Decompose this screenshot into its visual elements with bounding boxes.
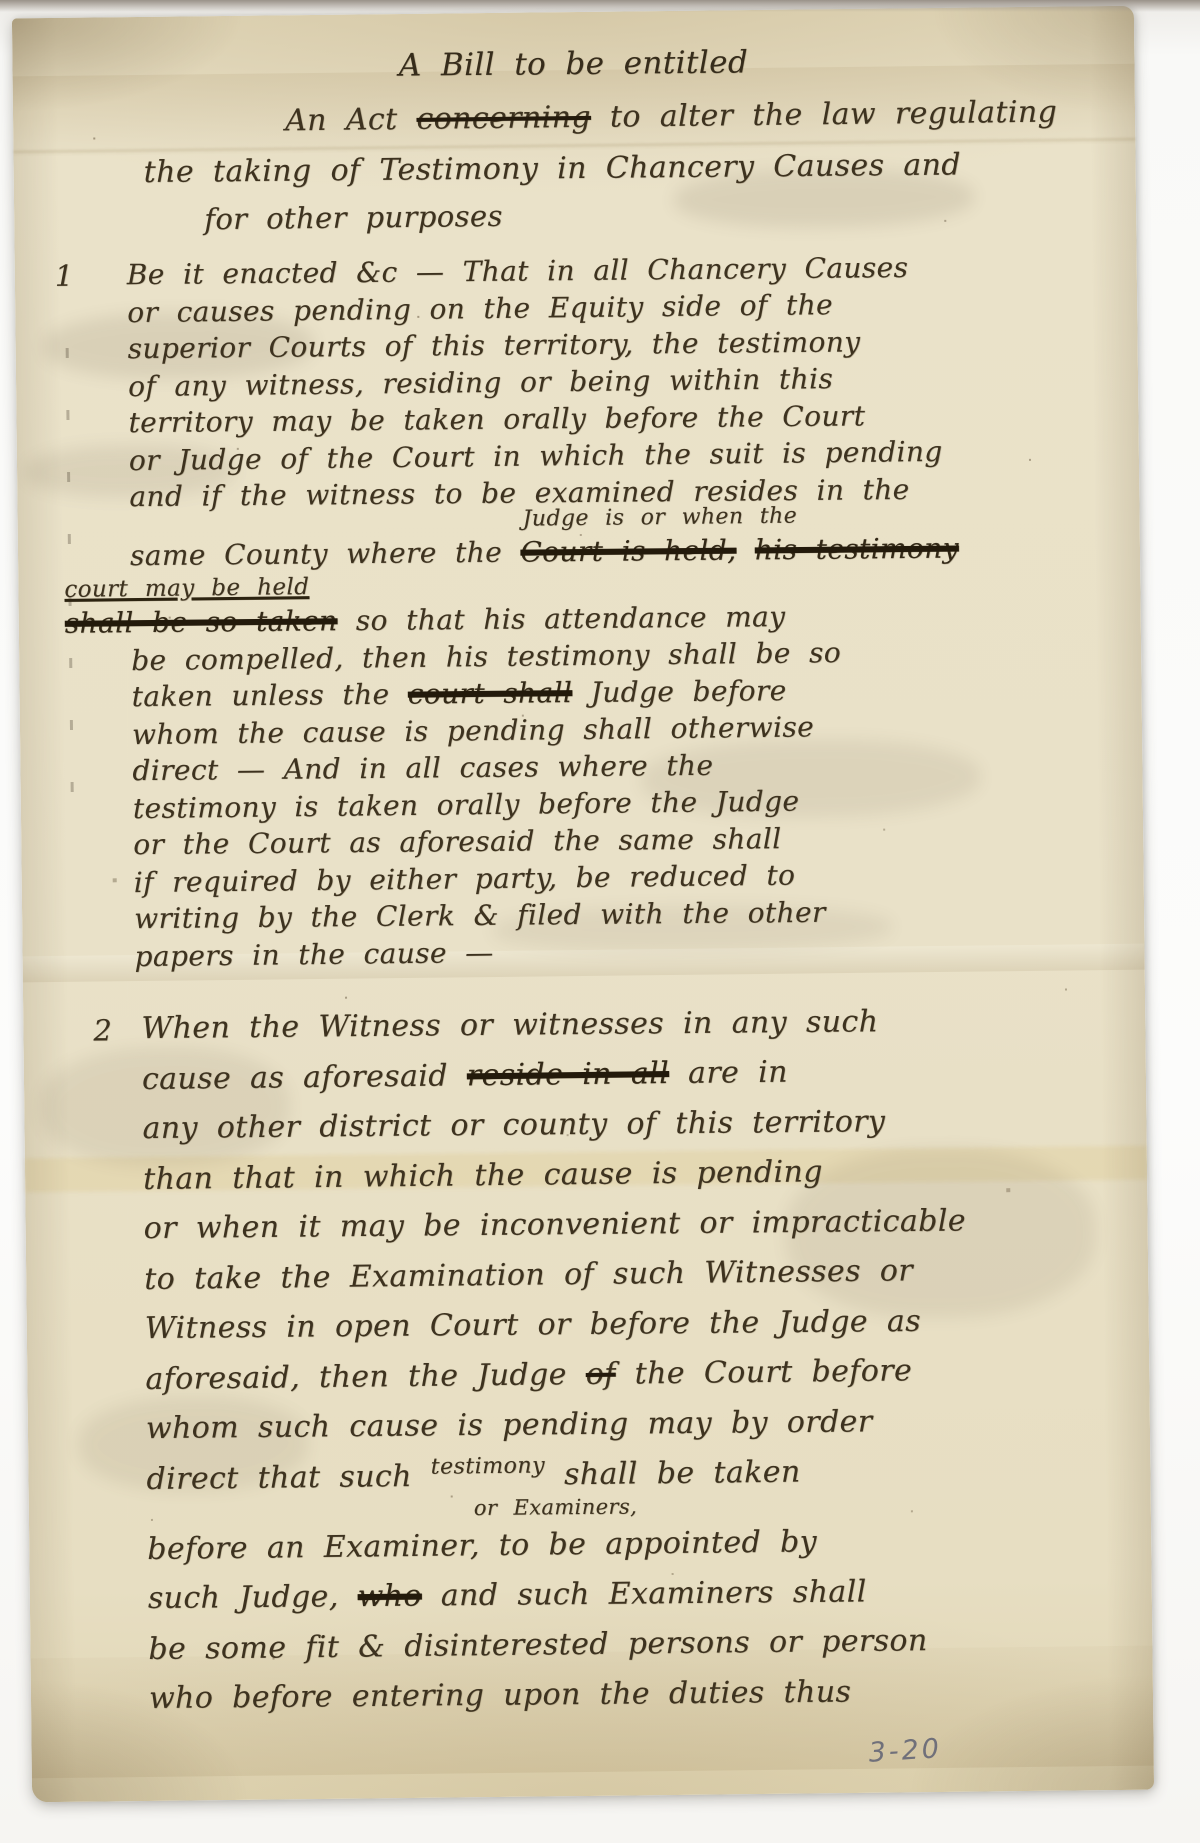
page-number-annotation: 3-20 (867, 1733, 942, 1769)
handwritten-text: When the Witness or witnesses in any suc… (141, 1004, 878, 1046)
bill-body: 1Be it enacted &c — That in all Chancery… (15, 246, 1154, 1727)
struck-out-text: Court is held, (520, 534, 736, 569)
handwritten-text (736, 533, 755, 566)
handwritten-text: superior Courts of this territory, the t… (128, 325, 861, 365)
struck-out-text: his testimony (755, 532, 959, 567)
handwritten-text: than that in which the cause is pending (143, 1154, 823, 1197)
handwritten-text: Be it enacted &c — That in all Chancery … (127, 251, 909, 291)
handwritten-text: the Court before (616, 1353, 913, 1391)
handwritten-text: and such Examiners shall (422, 1574, 867, 1613)
handwritten-text: for other purposes (204, 199, 503, 236)
handwritten-text: or the Court as aforesaid the same shall (133, 822, 782, 861)
struck-out-text: of (586, 1357, 616, 1392)
handwritten-text: if required by either party, be reduced … (134, 859, 796, 900)
bill-section-1: 1Be it enacted &c — That in all Chancery… (15, 246, 1145, 977)
handwritten-text: to alter the law regulating (591, 95, 1058, 135)
section-number: 2 (93, 1005, 112, 1055)
handwritten-text: any other district or county of this ter… (142, 1104, 885, 1146)
handwritten-text: to take the Examination of such Witnesse… (144, 1253, 913, 1297)
struck-out-text: shall be so taken (65, 604, 338, 640)
handwritten-text: taken unless the (131, 678, 407, 714)
bill-heading: A Bill to be entitledAn Act concerning t… (12, 6, 1136, 245)
handwritten-text: Judge before (572, 674, 787, 709)
handwritten-text: before an Examiner, to be appointed by (147, 1524, 817, 1567)
bill-section-2: 2When the Witness or witnesses in any su… (23, 994, 1153, 1727)
handwritten-text: Witness in open Court or before the Judg… (145, 1304, 922, 1346)
handwritten-text: be compelled, then his testimony shall b… (131, 636, 841, 677)
inserted-word: testimony (431, 1452, 546, 1479)
handwritten-text: are in (669, 1055, 788, 1091)
handwritten-text: aforesaid, then the Judge (145, 1357, 586, 1397)
handwritten-text: so that his attendance may (337, 600, 785, 637)
handwritten-text: of any witness, residing or being within… (128, 362, 833, 403)
struck-out-text: concerning (416, 100, 591, 137)
handwritten-text: same County where the (130, 536, 521, 573)
section-number: 1 (55, 258, 74, 295)
handwritten-text-layer: A Bill to be entitledAn Act concerning t… (12, 6, 1153, 1727)
handwritten-text: or when it may be inconvenient or imprac… (143, 1203, 966, 1246)
handwritten-text: whom such cause is pending may by order (146, 1404, 873, 1446)
handwritten-text: who before entering upon the duties thus (149, 1675, 852, 1716)
handwritten-text: territory may be taken orally before the… (128, 399, 865, 439)
handwritten-text: or causes pending on the Equity side of … (127, 288, 833, 329)
handwritten-text: the taking of Testimony in Chancery Caus… (144, 147, 962, 190)
handwritten-text: papers in the cause — (134, 936, 493, 973)
handwritten-text: testimony is taken orally before the Jud… (133, 785, 800, 826)
handwritten-text: direct — And in all cases where the (132, 749, 713, 787)
struck-out-text: reside in all (467, 1056, 670, 1093)
handwritten-text: Judge is or when the (522, 504, 797, 532)
handwritten-text: or Examiners, (474, 1495, 638, 1521)
handwritten-text: such Judge, (148, 1579, 358, 1616)
manuscript-page: A Bill to be entitledAn Act concerning t… (12, 6, 1154, 1803)
document-scan: A Bill to be entitledAn Act concerning t… (0, 0, 1200, 1843)
handwritten-text: cause as aforesaid (142, 1058, 467, 1097)
handwritten-text: writing by the Clerk & filed with the ot… (134, 896, 826, 935)
manuscript-line: who before entering upon the duties thus (31, 1665, 1153, 1725)
struck-out-text: court shall (408, 676, 573, 711)
handwritten-text: whom the cause is pending shall otherwis… (132, 710, 814, 751)
handwritten-text: A Bill to be entitled (399, 44, 749, 83)
handwritten-text: An Act (285, 102, 417, 138)
handwritten-text: direct that such (146, 1459, 431, 1497)
handwritten-text: court may be held (64, 574, 309, 603)
struck-out-text: who (357, 1579, 422, 1615)
handwritten-text: shall be taken (545, 1455, 801, 1493)
handwritten-text: be some fit & disinterested persons or p… (148, 1623, 928, 1667)
